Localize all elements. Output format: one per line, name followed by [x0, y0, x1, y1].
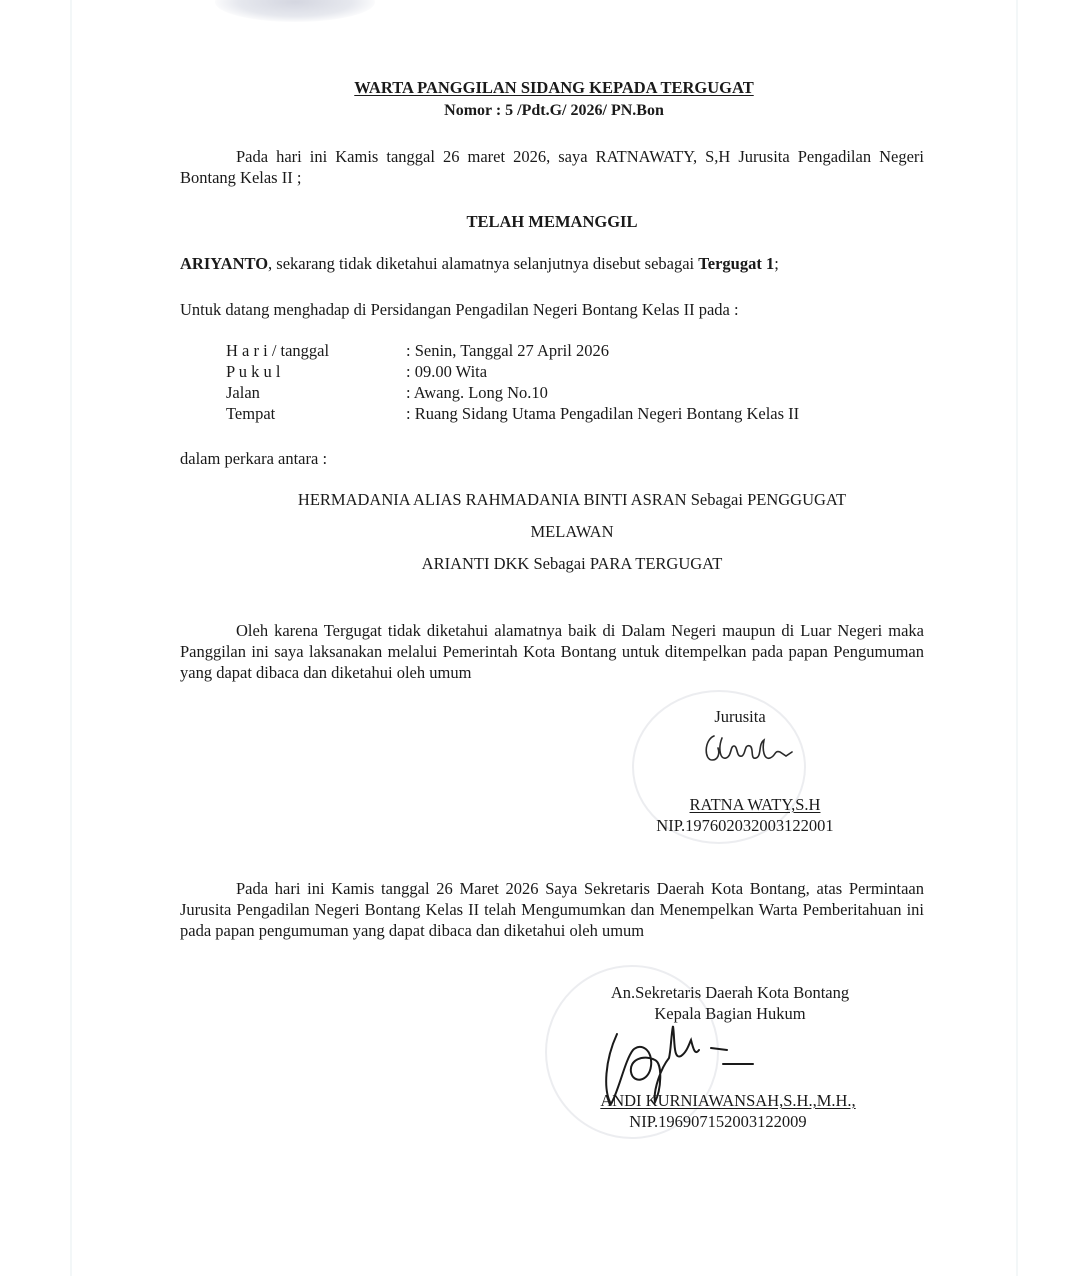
- defendant-name: ARIYANTO: [180, 254, 268, 273]
- page-edge-right: [1016, 0, 1018, 1276]
- bailiff-role: Jurusita: [640, 706, 840, 727]
- detail-label: H a r i / tanggal: [226, 340, 406, 361]
- posting-paragraph: Pada hari ini Kamis tanggal 26 Maret 202…: [180, 878, 924, 941]
- detail-row: P u k u l : 09.00 Wita: [226, 361, 799, 382]
- defendant-role: Tergugat 1: [698, 254, 774, 273]
- bailiff-name: RATNA WATY,S.H: [615, 794, 875, 815]
- hearing-details: H a r i / tanggal : Senin, Tanggal 27 Ap…: [226, 340, 799, 424]
- plaintiff-line: HERMADANIA ALIAS RAHMADANIA BINTI ASRAN …: [200, 490, 944, 510]
- intro-paragraph: Pada hari ini Kamis tanggal 26 maret 202…: [180, 146, 924, 188]
- detail-label: P u k u l: [226, 361, 406, 382]
- bailiff-nip: NIP.197602032003122001: [615, 815, 875, 836]
- defendants-line: ARIANTI DKK Sebagai PARA TERGUGAT: [200, 554, 944, 574]
- case-intro: dalam perkara antara :: [180, 448, 924, 469]
- defendant-paragraph: ARIYANTO, sekarang tidak diketahui alama…: [180, 253, 924, 274]
- document-title: WARTA PANGGILAN SIDANG KEPADA TERGUGAT: [0, 78, 1080, 98]
- summons-line: Untuk datang menghadap di Persidangan Pe…: [180, 299, 924, 320]
- detail-value: : 09.00 Wita: [406, 361, 799, 382]
- secretary-name-block: ANDI KURNIAWANSAH,S.H.,M.H., NIP.1969071…: [578, 1090, 878, 1132]
- defendant-text: , sekarang tidak diketahui alamatnya sel…: [268, 254, 698, 273]
- bailiff-signature-mark: [700, 730, 800, 780]
- secretary-nip: NIP.196907152003122009: [578, 1111, 878, 1132]
- secretary-signature-block: An.Sekretaris Daerah Kota Bontang Kepala…: [590, 982, 870, 1024]
- versus-line: MELAWAN: [200, 522, 944, 542]
- section-heading: TELAH MEMANGGIL: [180, 212, 924, 232]
- detail-label: Tempat: [226, 403, 406, 424]
- bailiff-name-block: RATNA WATY,S.H NIP.197602032003122001: [615, 794, 875, 836]
- page-edge-left: [70, 0, 72, 1276]
- bailiff-signature-block: Jurusita: [640, 706, 840, 727]
- scan-smudge: [215, 0, 375, 22]
- defendant-end: ;: [774, 254, 779, 273]
- detail-row: Tempat : Ruang Sidang Utama Pengadilan N…: [226, 403, 799, 424]
- secretary-on-behalf: An.Sekretaris Daerah Kota Bontang: [590, 982, 870, 1003]
- notice-paragraph: Oleh karena Tergugat tidak diketahui ala…: [180, 620, 924, 683]
- detail-value: : Senin, Tanggal 27 April 2026: [406, 340, 799, 361]
- detail-value: : Ruang Sidang Utama Pengadilan Negeri B…: [406, 403, 799, 424]
- detail-label: Jalan: [226, 382, 406, 403]
- secretary-name: ANDI KURNIAWANSAH,S.H.,M.H.,: [578, 1090, 878, 1111]
- detail-row: H a r i / tanggal : Senin, Tanggal 27 Ap…: [226, 340, 799, 361]
- detail-value: : Awang. Long No.10: [406, 382, 799, 403]
- detail-row: Jalan : Awang. Long No.10: [226, 382, 799, 403]
- document-number: Nomor : 5 /Pdt.G/ 2026/ PN.Bon: [0, 101, 1080, 121]
